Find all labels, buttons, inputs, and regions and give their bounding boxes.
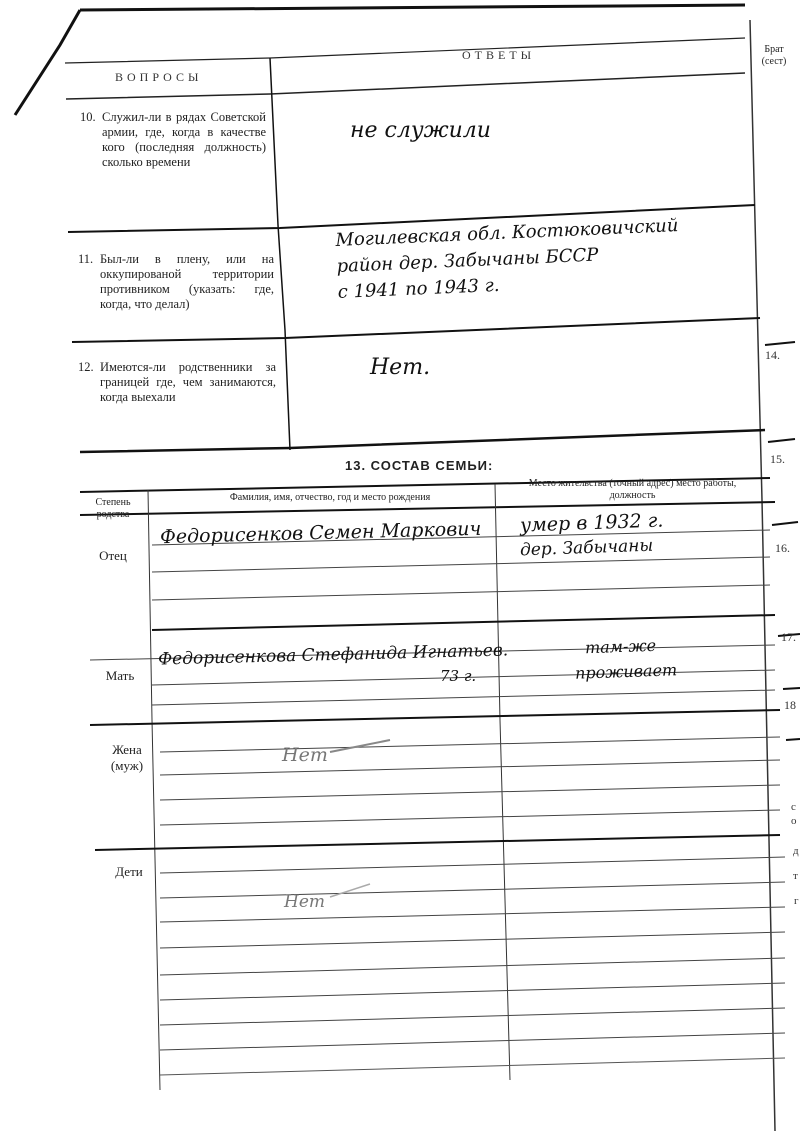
relation-wife: Жена (муж) — [98, 742, 156, 774]
relation-mother: Мать — [90, 668, 150, 684]
question-number: 12. — [78, 360, 94, 375]
answer-12: Нет. — [370, 355, 430, 380]
margin-number-16: 16. — [775, 541, 790, 556]
margin-number-17: 17. — [781, 630, 796, 645]
wife-name: Нет — [282, 744, 328, 766]
questions-column-header: ВОПРОСЫ — [115, 70, 202, 85]
margin-fragment: д — [793, 845, 799, 857]
question-text: Служил-ли в рядах Советской армии, где, … — [102, 110, 266, 170]
margin-fragment: с — [791, 801, 796, 813]
answers-column-header: ОТВЕТЫ — [462, 48, 535, 63]
question-number: 11. — [78, 252, 93, 267]
margin-fragment: г — [794, 895, 799, 907]
relation-father: Отец — [80, 548, 146, 564]
question-10: 10. Служил-ли в рядах Советской армии, г… — [80, 110, 266, 170]
children-name: Нет — [284, 892, 325, 912]
margin-number-14: 14. — [765, 348, 780, 363]
question-11: 11. Был-ли в плену, или на оккупированой… — [78, 252, 274, 312]
answer-10: не служили — [350, 118, 491, 143]
family-section-title: 13. СОСТАВ СЕМЬИ: — [345, 458, 493, 473]
question-12: 12. Имеются-ли родственники за границей … — [78, 360, 276, 405]
right-margin-label: Брат (сест) — [752, 44, 796, 68]
mother-age: 73 г. — [440, 667, 476, 685]
mother-residence-line-2: проживает — [575, 660, 678, 683]
margin-number-18: 18 — [784, 698, 796, 713]
margin-fragment: о — [791, 815, 797, 827]
column-header-relation: Степень родства — [80, 497, 146, 521]
margin-number-15: 15. — [770, 452, 785, 467]
question-text: Имеются-ли родственники за границей где,… — [100, 360, 276, 405]
question-text: Был-ли в плену, или на оккупированой тер… — [100, 252, 274, 312]
margin-fragment: т — [793, 870, 798, 882]
answer-11: Могилевская обл. Костюковичский район де… — [335, 213, 681, 306]
column-header-residence: Место жительства (точный адрес) место ра… — [505, 478, 760, 502]
mother-residence-line-1: там-же — [585, 636, 657, 657]
column-header-name: Фамилия, имя, отчество, год и место рожд… — [180, 492, 480, 504]
relation-children: Дети — [100, 864, 158, 880]
question-number: 10. — [80, 110, 96, 125]
